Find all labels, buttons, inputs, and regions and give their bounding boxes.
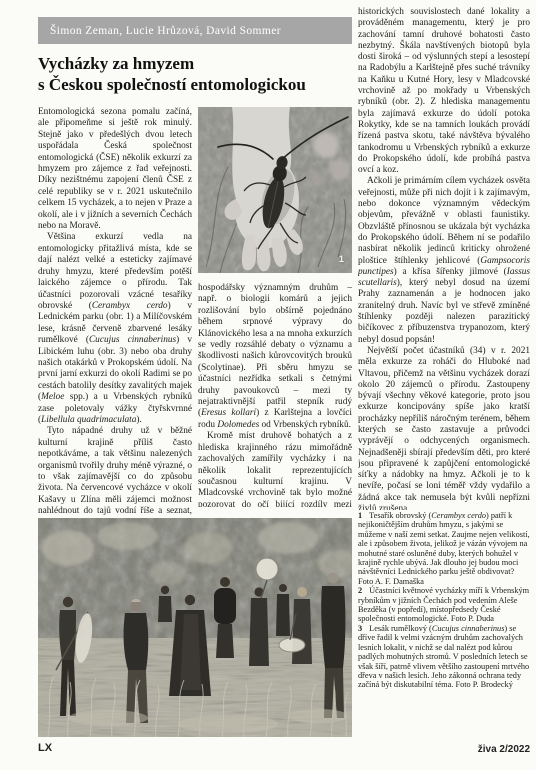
figure-caption-number: 1 [358,511,362,520]
footer-page-number: LX [38,742,52,754]
title-line-1: Vycházky za hmyzem [38,54,194,73]
figure-caption: 2Účastníci květnové vycházky míří k Vrbe… [358,586,530,624]
article-title: Vycházky za hmyzem s Českou společností … [38,54,352,95]
excursion-group-photo-illustration [38,518,352,737]
paragraph: Většina exkurzí vedla na entomologicky p… [38,232,192,426]
authors-text: Šimon Zeman, Lucie Hrůzová, David Sommer [50,25,281,37]
beetle-photo-illustration [198,107,352,273]
beetle-photo-figure: 1 [198,107,352,273]
article-column-middle-text: hospodářsky významným druhům – např. o b… [198,283,352,507]
paragraph: hospodářsky významným druhům – např. o b… [198,283,352,431]
article-column-middle: 1 hospodářsky významným druhům – např. o… [198,107,352,507]
authors-bar: Šimon Zeman, Lucie Hrůzová, David Sommer [38,17,352,44]
title-line-2: s Českou společností entomologickou [38,75,306,94]
figure-captions-block: 1Tesařík obrovský (Cerambyx cerdo) patří… [358,511,530,741]
footer-issue-label: živa 2/2022 [478,744,530,755]
figure-caption-number: 2 [358,586,362,595]
article-column-right: historických souvislostech dané lokality… [358,7,530,510]
paragraph: Tyto nápadné druhy už v běžné kulturní k… [38,426,192,515]
paragraph: Entomologická sezona pomalu začíná, ale … [38,107,192,232]
figure-caption: 1Tesařík obrovský (Cerambyx cerdo) patří… [358,511,530,586]
paragraph: Největší počet účastníků (34) v r. 2021 … [358,346,530,510]
magazine-page: Šimon Zeman, Lucie Hrůzová, David Sommer… [0,0,536,770]
excursion-group-photo-figure [38,518,352,737]
figure-caption-number: 3 [358,624,362,633]
paragraph: Ačkoli je primárním cílem vycházek osvět… [358,176,530,345]
figure-1-number-overlay: 1 [339,254,344,265]
paragraph: historických souvislostech dané lokality… [358,7,530,176]
figure-caption: 3Lesák rumělkový (Cucujus cinnaberinus) … [358,624,530,690]
paragraph: Kromě míst druhově bohatých a z hlediska… [198,431,352,507]
article-column-left: Entomologická sezona pomalu začíná, ale … [38,107,192,515]
